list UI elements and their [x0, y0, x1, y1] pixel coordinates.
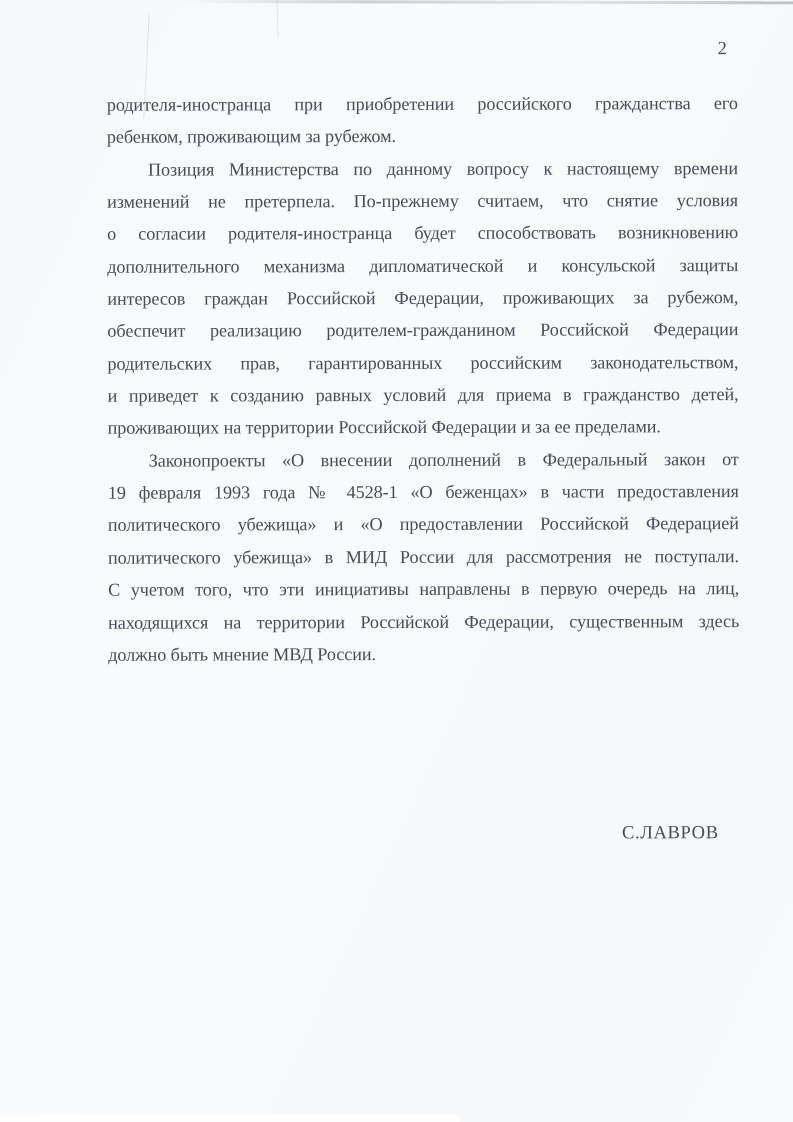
text-line: и приведет к созданию равных условий для…: [108, 378, 739, 412]
text-line: о согласии родителя-иностранца будет спо…: [107, 216, 738, 250]
text-line: 19 февраля 1993 года № 4528-1 «О беженца…: [108, 475, 739, 509]
body-text: родителя-иностранца при приобретении рос…: [107, 87, 740, 671]
text-line: родителя-иностранца при приобретении рос…: [107, 87, 738, 121]
page-number: 2: [718, 37, 727, 61]
text-line: С учетом того, что эти инициативы направ…: [108, 572, 739, 606]
text-line: Законопроекты «О внесении дополнений в Ф…: [108, 443, 739, 477]
text-line: обеспечит реализацию родителем-гражданин…: [107, 314, 738, 348]
document-page: 2 родителя-иностранца при приобретении р…: [0, 0, 793, 1122]
text-line: Позиция Министерства по данному вопросу …: [107, 152, 738, 186]
text-line: проживающих на территории Российской Фед…: [108, 411, 739, 445]
text-line: интересов граждан Российской Федерации, …: [107, 281, 738, 315]
text-line: изменений не претерпела. По-прежнему счи…: [107, 184, 738, 218]
text-line: должно быть мнение МВД России.: [108, 637, 739, 671]
text-line: политического убежища» и «О предоставлен…: [108, 508, 739, 542]
text-line: политического убежища» в МИД России для …: [108, 540, 739, 574]
text-line: ребенком, проживающим за рубежом.: [107, 119, 738, 153]
signature-name: С.ЛАВРОВ: [622, 822, 719, 844]
page-content: 2 родителя-иностранца при приобретении р…: [0, 0, 793, 1122]
text-line: родительских прав, гарантированных росси…: [107, 346, 738, 380]
text-line: дополнительного механизма дипломатическо…: [107, 249, 738, 283]
text-line: находящихся на территории Российской Фед…: [108, 605, 739, 639]
